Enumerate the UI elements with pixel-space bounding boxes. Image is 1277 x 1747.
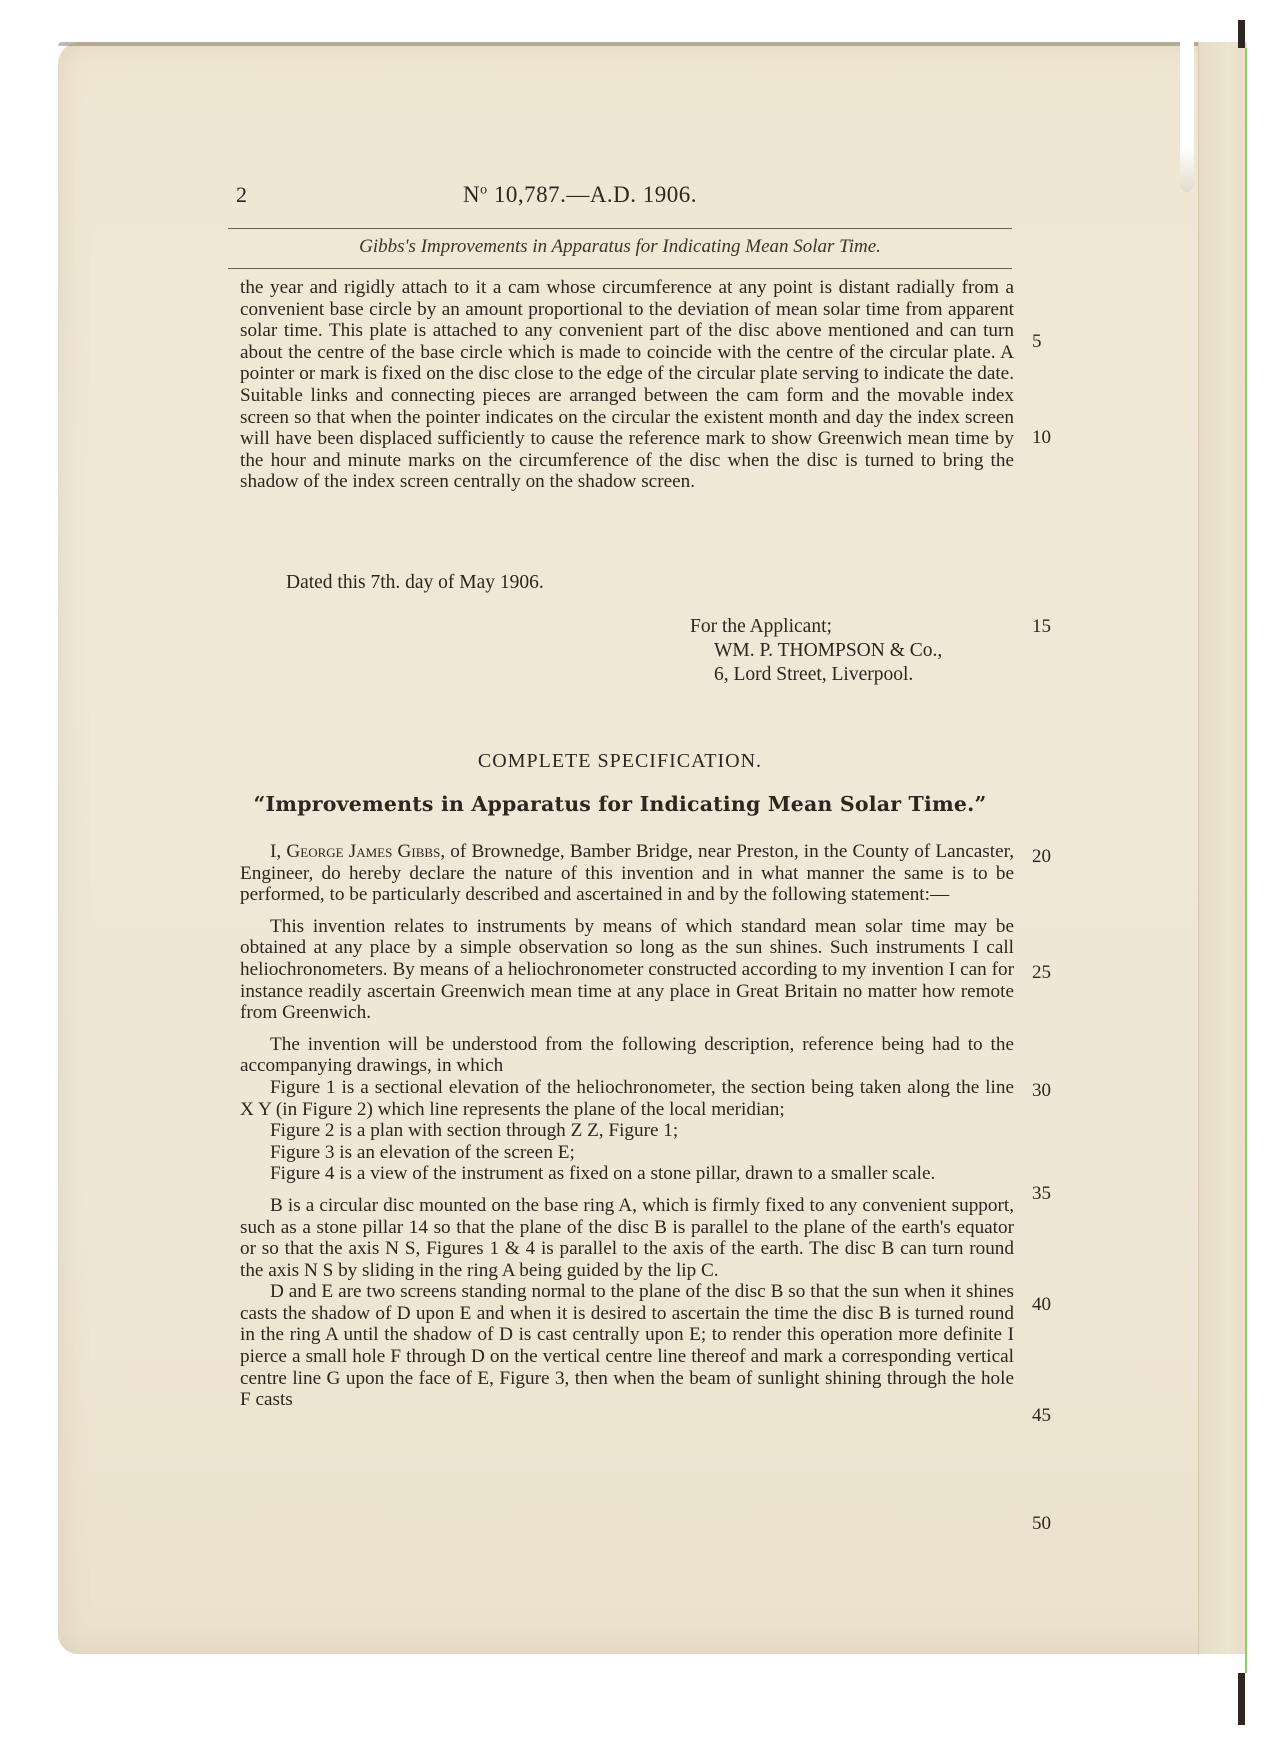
line-number: 25 [1032, 962, 1051, 984]
line-number: 30 [1032, 1080, 1051, 1102]
line-number: 10 [1032, 427, 1051, 449]
paragraph: Figure 3 is an elevation of the screen E… [240, 1142, 1014, 1164]
line-number: 50 [1032, 1513, 1051, 1535]
line-number: 15 [1032, 616, 1051, 638]
provisional-continuation: the year and rigidly attach to it a cam … [240, 277, 1014, 493]
paragraph: Figure 4 is a view of the instrument as … [240, 1163, 1014, 1185]
line-number: 5 [1032, 331, 1042, 353]
paragraph: D and E are two screens standing normal … [240, 1281, 1014, 1411]
inventor-name: George James Gibbs [286, 841, 440, 862]
paragraph: the year and rigidly attach to it a cam … [240, 277, 1014, 493]
applicant-block: For the Applicant; WM. P. THOMPSON & Co.… [690, 615, 942, 687]
paragraph: This invention relates to instruments by… [240, 916, 1014, 1024]
specification-body: I, George James Gibbs, of Brownedge, Bam… [240, 841, 1014, 1411]
applicant-firm: WM. P. THOMPSON & Co., [690, 639, 942, 663]
line-number: 40 [1032, 1294, 1051, 1316]
line-number: 35 [1032, 1183, 1051, 1205]
running-title: Gibbs's Improvements in Apparatus for In… [228, 236, 1012, 258]
paragraph: B is a circular disc mounted on the base… [240, 1195, 1014, 1281]
paragraph: The invention will be understood from th… [240, 1034, 1014, 1077]
header-rule-bottom [228, 268, 1012, 269]
applicant-label: For the Applicant; [690, 615, 942, 639]
header-rule-top [228, 228, 1012, 229]
complete-specification-heading: COMPLETE SPECIFICATION. [200, 750, 1040, 773]
inventor-paragraph: I, George James Gibbs, of Brownedge, Bam… [240, 841, 1014, 906]
specification-title: “Improvements in Apparatus for Indicatin… [228, 792, 1012, 816]
paragraph: Figure 2 is a plan with section through … [240, 1120, 1014, 1142]
paragraph: Figure 1 is a sectional elevation of the… [240, 1077, 1014, 1120]
line-number: 20 [1032, 846, 1051, 868]
patent-number: No 10,787.—A.D. 1906. [200, 182, 960, 208]
dated-line: Dated this 7th. day of May 1906. [286, 572, 544, 594]
document-page: 2 No 10,787.—A.D. 1906. Gibbs's Improvem… [0, 0, 1277, 1747]
line-number: 45 [1032, 1405, 1051, 1427]
applicant-address: 6, Lord Street, Liverpool. [690, 663, 942, 687]
